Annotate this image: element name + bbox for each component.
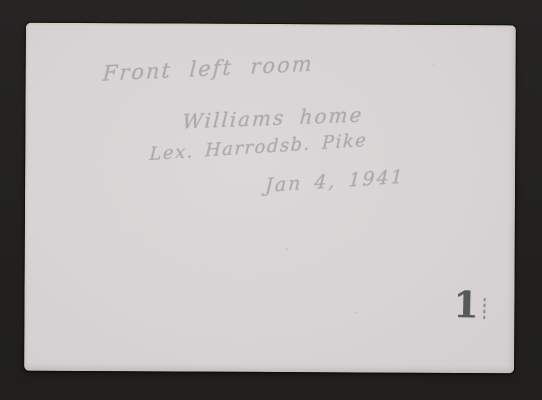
photo-verso-card: Front left room Williams home Lex. Harro… <box>24 23 516 374</box>
scanner-backdrop: Front left room Williams home Lex. Harro… <box>0 0 542 400</box>
handwriting-line-4: Jan 4, 1941 <box>265 166 405 197</box>
handwriting-line-2: Williams home <box>182 103 364 134</box>
handwriting-line-1: Front left room <box>102 52 314 86</box>
stamp-number: 1 <box>453 287 479 324</box>
handwriting-line-3: Lex. Harrodsb. Pike <box>149 130 368 165</box>
stamp-tick-mark <box>483 298 485 319</box>
